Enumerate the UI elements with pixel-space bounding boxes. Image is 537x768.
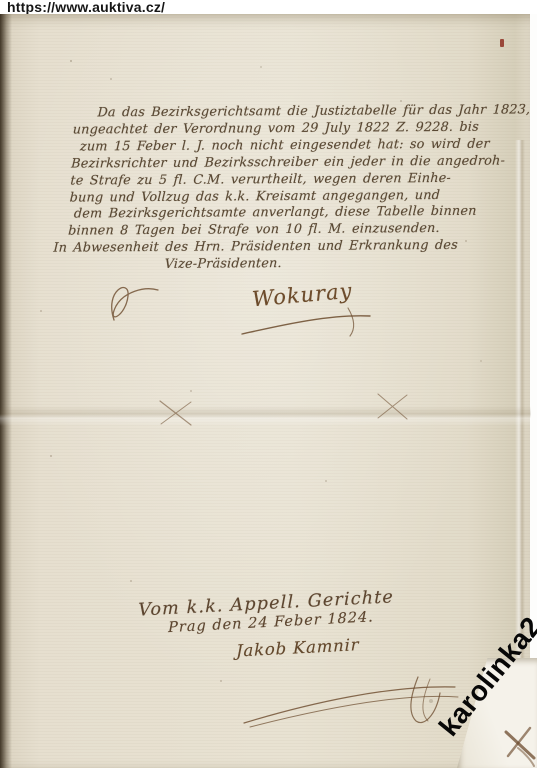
red-edge-mark [500,39,504,47]
crease-x-mark [158,398,194,428]
handwritten-body: Da das Bezirksgerichtsamt die Justiztabe… [66,102,518,274]
signature-paraph [240,675,465,730]
paper-left-edge-shadow [0,14,12,768]
scanned-document-page: https://www.auktiva.cz/ Da das Bezirksge… [0,0,537,768]
paper-specks [70,60,72,62]
source-url-text: https://www.auktiva.cz/ [7,0,165,15]
crease-x-mark [376,392,410,422]
horizontal-fold-crease [0,406,531,426]
signature-underline-flourish [238,300,378,340]
initial-flourish [100,276,170,328]
handwritten-line: Vize-Präsidenten. [164,255,511,274]
red-wax-mark [500,718,537,768]
